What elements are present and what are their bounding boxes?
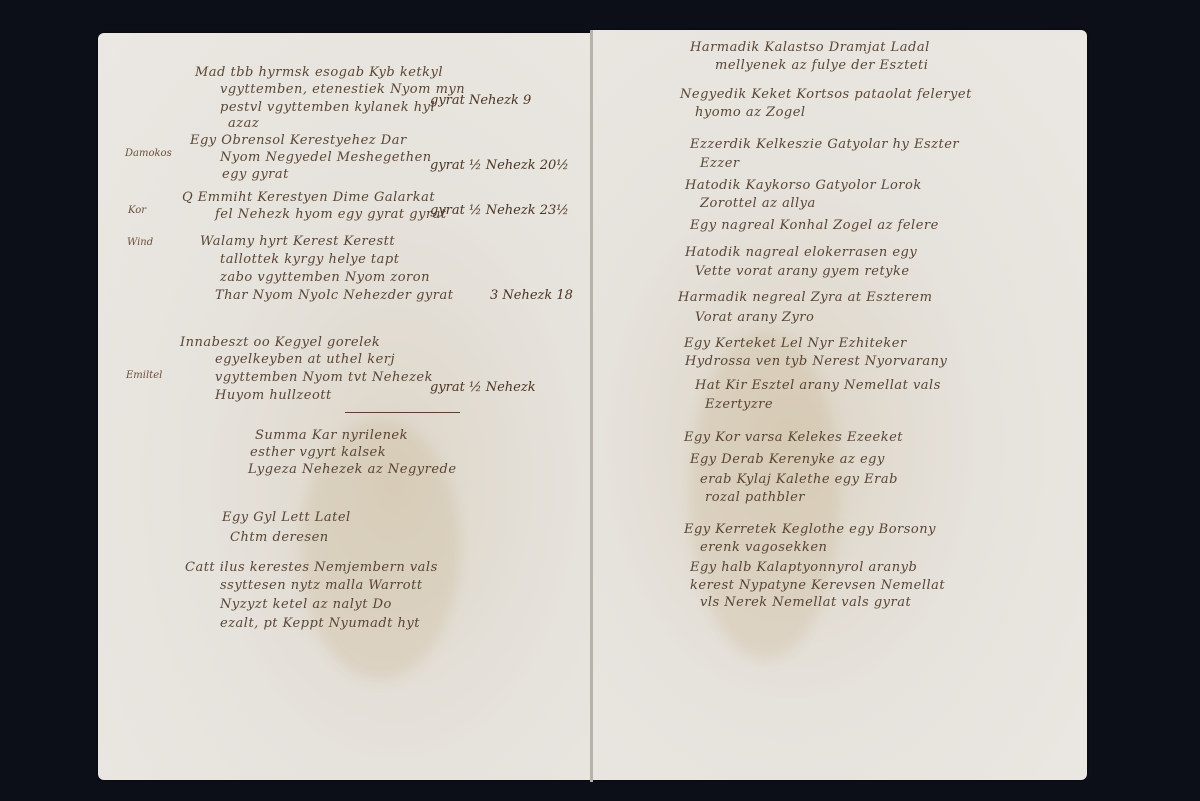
manuscript-line: Mad tbb hyrmsk esogab Kyb ketkyl xyxy=(195,65,443,80)
sum-rule xyxy=(345,412,460,413)
amount-entry: gyrat ½ Nehezk xyxy=(430,380,536,395)
manuscript-line: vgyttemben Nyom tvt Nehezek xyxy=(215,370,433,385)
amount-entry: gyrat ½ Nehezk 20½ xyxy=(430,158,569,173)
manuscript-line: esther vgyrt kalsek xyxy=(250,445,386,460)
manuscript-line: Egy Kerretek Keglothe egy Borsony xyxy=(684,522,936,537)
manuscript-line: Egy Kor varsa Kelekes Ezeeket xyxy=(684,430,903,445)
manuscript-line: hyomo az Zogel xyxy=(695,105,806,120)
margin-note: Wind xyxy=(127,237,153,248)
manuscript-line: Q Emmiht Kerestyen Dime Galarkat xyxy=(182,190,435,205)
manuscript-line: Harmadik negreal Zyra at Eszterem xyxy=(678,290,932,305)
manuscript-line: Ezzer xyxy=(700,156,740,171)
manuscript-line: Hatodik Kaykorso Gatyolor Lorok xyxy=(685,178,922,193)
manuscript-line: fel Nehezk hyom egy gyrat gyrat xyxy=(215,207,447,222)
manuscript-line: egyelkeyben at uthel kerj xyxy=(215,352,395,367)
manuscript-line: ezalt, pt Keppt Nyumadt hyt xyxy=(220,616,420,631)
manuscript-line: vgyttemben, etenestiek Nyom myn xyxy=(220,82,465,97)
manuscript-line: Hatodik nagreal elokerrasen egy xyxy=(685,245,917,260)
manuscript-line: Negyedik Keket Kortsos pataolat feleryet xyxy=(680,87,972,102)
manuscript-line: Summa Kar nyrilenek xyxy=(255,428,408,443)
manuscript-line: egy gyrat xyxy=(222,167,289,182)
margin-note: Emiltel xyxy=(126,370,162,381)
manuscript-line: Ezertyzre xyxy=(705,397,773,412)
manuscript-line: Hydrossa ven tyb Nerest Nyorvarany xyxy=(685,354,947,369)
manuscript-line: Walamy hyrt Kerest Kerestt xyxy=(200,234,395,249)
manuscript-line: erab Kylaj Kalethe egy Erab xyxy=(700,472,898,487)
manuscript-line: Egy halb Kalaptyonnyrol aranyb xyxy=(690,560,917,575)
manuscript-line: erenk vagosekken xyxy=(700,540,827,555)
amount-entry: 3 Nehezk 18 xyxy=(490,288,573,303)
manuscript-line: kerest Nypatyne Kerevsen Nemellat xyxy=(690,578,945,593)
margin-note: Kor xyxy=(128,205,146,216)
margin-note: Damokos xyxy=(125,148,172,159)
manuscript-line: Vorat arany Zyro xyxy=(695,310,814,325)
manuscript-line: Nyzyzt ketel az nalyt Do xyxy=(220,597,392,612)
manuscript-line: Egy Kerteket Lel Nyr Ezhiteker xyxy=(684,336,907,351)
manuscript-line: ssyttesen nytz malla Warrott xyxy=(220,578,423,593)
manuscript-line: Ezzerdik Kelkeszie Gatyolar hy Eszter xyxy=(690,137,959,152)
manuscript-line: Zorottel az allya xyxy=(700,196,816,211)
manuscript-line: Catt ilus kerestes Nemjembern vals xyxy=(185,560,438,575)
manuscript-line: zabo vgyttemben Nyom zoron xyxy=(220,270,430,285)
manuscript-line: mellyenek az fulye der Eszteti xyxy=(715,58,928,73)
manuscript-line: rozal pathbler xyxy=(705,490,805,505)
manuscript-line: Lygeza Nehezek az Negyrede xyxy=(248,462,457,477)
manuscript-line: Egy nagreal Konhal Zogel az felere xyxy=(690,218,939,233)
manuscript-line: azaz xyxy=(228,116,259,131)
manuscript-line: Huyom hullzeott xyxy=(215,388,332,403)
manuscript-line: Nyom Negyedel Meshegethen xyxy=(220,150,432,165)
manuscript-line: pestvl vgyttemben kylanek hyl xyxy=(220,100,435,115)
manuscript-line: Hat Kir Esztel arany Nemellat vals xyxy=(695,378,941,393)
manuscript-line: Harmadik Kalastso Dramjat Ladal xyxy=(690,40,930,55)
book-spine xyxy=(590,30,593,782)
manuscript-line: Egy Derab Kerenyke az egy xyxy=(690,452,885,467)
manuscript-line: Innabeszt oo Kegyel gorelek xyxy=(180,335,380,350)
amount-entry: gyrat ½ Nehezk 23½ xyxy=(430,203,569,218)
manuscript-line: tallottek kyrgy helye tapt xyxy=(220,252,399,267)
manuscript-line: Thar Nyom Nyolc Nehezder gyrat xyxy=(215,288,453,303)
amount-entry: gyrat Nehezk 9 xyxy=(430,93,531,108)
manuscript-line: Egy Gyl Lett Latel xyxy=(222,510,351,525)
manuscript-line: vls Nerek Nemellat vals gyrat xyxy=(700,595,911,610)
manuscript-line: Vette vorat arany gyem retyke xyxy=(695,264,910,279)
manuscript-line: Chtm deresen xyxy=(230,530,329,545)
manuscript-line: Egy Obrensol Kerestyehez Dar xyxy=(190,133,407,148)
